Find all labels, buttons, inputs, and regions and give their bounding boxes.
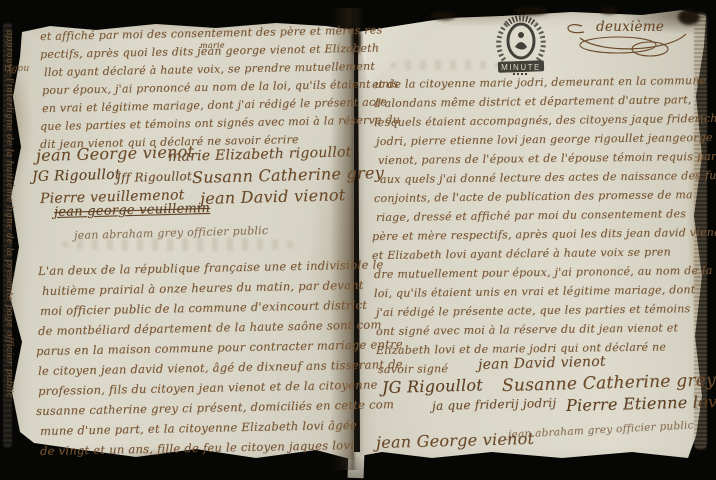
burn-mark	[430, 11, 456, 20]
minute-revenue-stamp-icon: MINUTE	[493, 15, 549, 77]
margin-annotation: approuvé l'interligne de la huitième lig…	[4, 30, 14, 450]
manuscript-line: savoir signé	[378, 362, 448, 376]
signature-jg-rigoullot: JG Rigoullot	[382, 375, 483, 397]
manuscript-scan: approuvé l'interligne de la huitième lig…	[0, 0, 716, 480]
signature-jg-rigoullot: JG Rigoullot	[32, 167, 121, 185]
stamp-label: MINUTE	[501, 63, 541, 72]
signature-jean-david-vienot: jean David vienot	[478, 354, 606, 373]
signature-pierre-etienne-lovis: Pierre Etienne lovis	[566, 392, 716, 415]
margin-word-fragment: rigou	[4, 64, 29, 74]
burn-mark	[514, 7, 548, 15]
bleedthrough-marks	[390, 60, 500, 70]
interline-insertion: marie	[200, 41, 225, 50]
signature-jff-rigoullot: Jff Rigoullot	[116, 169, 192, 185]
signature-jean-david-vienot: jean David vienot	[200, 185, 346, 208]
page-number-note: deuxième	[596, 19, 664, 35]
